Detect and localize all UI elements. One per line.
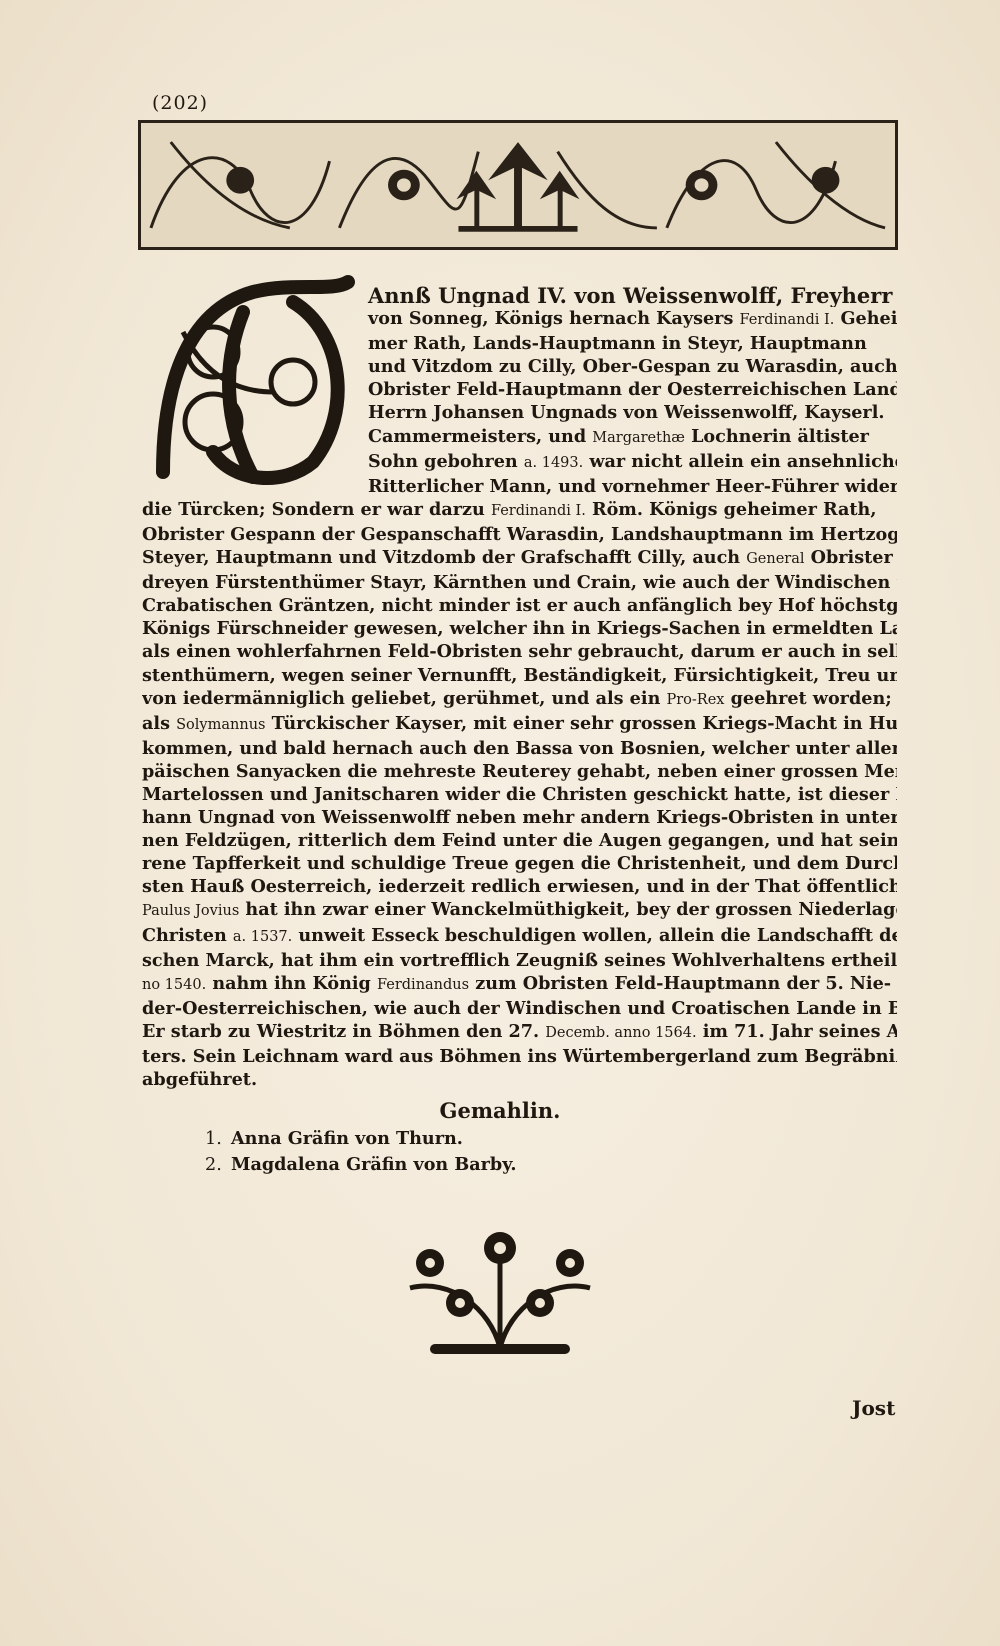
text-line: und Vitzdom zu Cilly, Ober-Gespan zu War… — [142, 355, 897, 378]
latin-text: Pro-Rex — [666, 692, 724, 708]
fraktur-text: nen Feldzügen, ritterlich dem Feind unte… — [142, 830, 897, 851]
biography-paragraph: Annß Ungnad IV. von Weissenwolff, Freyhe… — [142, 284, 897, 1091]
latin-text: General — [746, 551, 804, 567]
fraktur-text: abgeführet. — [142, 1069, 257, 1090]
fraktur-text: der-Oesterreichischen, wie auch der Wind… — [142, 998, 897, 1019]
catchword: Jost — [852, 1396, 895, 1420]
flower-bouquet-icon — [390, 1218, 610, 1358]
fraktur-text: im 71. Jahr seines Al- — [697, 1021, 897, 1042]
wife-name: Anna Gräfin von Thurn. — [231, 1128, 463, 1149]
text-line: die Türcken; Sondern er war darzu Ferdin… — [142, 498, 897, 523]
text-line: Steyer, Hauptmann und Vitzdomb der Grafs… — [142, 546, 897, 571]
text-line: der-Oesterreichischen, wie auch der Wind… — [142, 997, 897, 1020]
wife-number: 1. — [205, 1127, 231, 1152]
fraktur-text: hann Ungnad von Weissenwolff neben mehr … — [142, 807, 897, 828]
text-line: nen Feldzügen, ritterlich dem Feind unte… — [142, 829, 897, 852]
text-line: Königs Fürschneider gewesen, welcher ihn… — [142, 617, 897, 640]
fraktur-text: Steyer, Hauptmann und Vitzdomb der Grafs… — [142, 547, 746, 568]
text-line: sten Hauß Oesterreich, iederzeit redlich… — [142, 875, 897, 898]
fraktur-text: unweit Esseck beschuldigen wollen, allei… — [292, 925, 897, 946]
wife-name: Magdalena Gräfin von Barby. — [231, 1154, 517, 1175]
latin-text: Solymannus — [176, 717, 265, 733]
text-line: Annß Ungnad IV. von Weissenwolff, Freyhe… — [142, 284, 897, 307]
text-line: hann Ungnad von Weissenwolff neben mehr … — [142, 806, 897, 829]
latin-text: no 1540. — [142, 977, 206, 993]
wife-item: 2.Magdalena Gräfin von Barby. — [205, 1152, 517, 1178]
fraktur-text: Cammermeisters, und — [368, 426, 592, 447]
latin-text: Paulus Jovius — [142, 903, 239, 919]
fraktur-text: schen Marck, hat ihm ein vortrefflich Ze… — [142, 950, 897, 971]
fraktur-text: dreyen Fürstenthümer Stayr, Kärnthen und… — [142, 572, 897, 593]
fraktur-text: Obrister Feld-Hauptmann der Oesterreichi… — [368, 379, 897, 400]
text-line: Er starb zu Wiestritz in Böhmen den 27. … — [142, 1020, 897, 1045]
text-line: Crabatischen Gräntzen, nicht minder ist … — [142, 594, 897, 617]
fraktur-text: Röm. Königs geheimer Rath, — [586, 499, 877, 520]
fraktur-text: Er starb zu Wiestritz in Böhmen den 27. — [142, 1021, 545, 1042]
fraktur-text: zum Obristen Feld-Hauptmann der 5. Nie- — [469, 973, 891, 994]
text-line: ters. Sein Leichnam ward aus Böhmen ins … — [142, 1045, 897, 1068]
fraktur-text: päischen Sanyacken die mehreste Reuterey… — [142, 761, 897, 782]
text-line: Ritterlicher Mann, und vornehmer Heer-Fü… — [142, 475, 897, 498]
wives-list: 1.Anna Gräfin von Thurn. 2.Magdalena Grä… — [205, 1126, 517, 1178]
floral-ornament-icon — [141, 123, 895, 247]
fraktur-text: nahm ihn König — [206, 973, 377, 994]
fraktur-text: Türckischer Kayser, mit einer sehr gross… — [265, 713, 897, 734]
fraktur-text: ters. Sein Leichnam ward aus Böhmen ins … — [142, 1046, 897, 1067]
fraktur-text: von Sonneg, Königs hernach Kaysers — [368, 308, 739, 329]
fraktur-text: Gehei- — [834, 308, 897, 329]
text-line: Herrn Johansen Ungnads von Weissenwolff,… — [142, 401, 897, 424]
text-line: Obrister Feld-Hauptmann der Oesterreichi… — [142, 378, 897, 401]
text-line: schen Marck, hat ihm ein vortrefflich Ze… — [142, 949, 897, 972]
fraktur-text: mer Rath, Lands-Hauptmann in Steyr, Haup… — [368, 333, 867, 354]
fraktur-text: Obrister der — [805, 547, 897, 568]
fraktur-text: Herrn Johansen Ungnads von Weissenwolff,… — [368, 402, 885, 423]
text-line: abgeführet. — [142, 1068, 897, 1091]
tailpiece-ornament — [390, 1218, 610, 1358]
fraktur-text: Martelossen und Janitscharen wider die C… — [142, 784, 897, 805]
text-line: von iedermänniglich geliebet, gerühmet, … — [142, 687, 897, 712]
fraktur-text: geehret worden; Dann — [724, 688, 897, 709]
text-line: Sohn gebohren a. 1493. war nicht allein … — [142, 450, 897, 475]
text-line: Christen a. 1537. unweit Esseck beschuld… — [142, 924, 897, 949]
fraktur-text: Lochnerin ältister — [685, 426, 869, 447]
wife-item: 1.Anna Gräfin von Thurn. — [205, 1126, 517, 1152]
fraktur-text: hat ihn zwar einer Wanckelmüthigkeit, be… — [239, 899, 897, 920]
fraktur-text: und Vitzdom zu Cilly, Ober-Gespan zu War… — [368, 356, 897, 377]
headpiece-ornament — [138, 120, 898, 250]
fraktur-text: Königs Fürschneider gewesen, welcher ihn… — [142, 618, 897, 639]
text-line: als einen wohlerfahrnen Feld-Obristen se… — [142, 640, 897, 663]
wives-heading: Gemahlin. — [0, 1098, 1000, 1123]
text-line: als Solymannus Türckischer Kayser, mit e… — [142, 712, 897, 737]
fraktur-text: kommen, und bald hernach auch den Bassa … — [142, 738, 897, 759]
text-line: Paulus Jovius hat ihn zwar einer Wanckel… — [142, 898, 897, 923]
latin-text: a. 1493. — [524, 455, 583, 471]
fraktur-text: Obrister Gespann der Gespanschafft Waras… — [142, 524, 897, 545]
text-line: kommen, und bald hernach auch den Bassa … — [142, 737, 897, 760]
wife-number: 2. — [205, 1153, 231, 1178]
text-line: rene Tapfferkeit und schuldige Treue geg… — [142, 852, 897, 875]
page-number: (202) — [152, 92, 208, 114]
fraktur-text: stenthümern, wegen seiner Vernunfft, Bes… — [142, 665, 897, 686]
latin-text: Decemb. anno 1564. — [545, 1025, 696, 1041]
fraktur-text: als — [142, 713, 176, 734]
latin-text: Ferdinandus — [377, 977, 469, 993]
text-line: dreyen Fürstenthümer Stayr, Kärnthen und… — [142, 571, 897, 594]
text-line: Martelossen und Janitscharen wider die C… — [142, 783, 897, 806]
text-line: Cammermeisters, und Margarethæ Lochnerin… — [142, 425, 897, 450]
fraktur-text: Crabatischen Gräntzen, nicht minder ist … — [142, 595, 897, 616]
text-line: päischen Sanyacken die mehreste Reuterey… — [142, 760, 897, 783]
fraktur-text: als einen wohlerfahrnen Feld-Obristen se… — [142, 641, 897, 662]
fraktur-text: Annß Ungnad IV. von Weissenwolff, Freyhe… — [368, 284, 892, 307]
fraktur-text: Ritterlicher Mann, und vornehmer Heer-Fü… — [368, 476, 897, 497]
fraktur-text: Christen — [142, 925, 233, 946]
text-line: no 1540. nahm ihn König Ferdinandus zum … — [142, 972, 897, 997]
text-line: Obrister Gespann der Gespanschafft Waras… — [142, 523, 897, 546]
fraktur-text: von iedermänniglich geliebet, gerühmet, … — [142, 688, 666, 709]
latin-text: Ferdinandi I. — [491, 503, 586, 519]
text-line: von Sonneg, Königs hernach Kaysers Ferdi… — [142, 307, 897, 332]
text-line: mer Rath, Lands-Hauptmann in Steyr, Haup… — [142, 332, 897, 355]
book-page: (202) — [0, 0, 1000, 1646]
fraktur-text: Sohn gebohren — [368, 451, 524, 472]
latin-text: Ferdinandi I. — [739, 312, 834, 328]
fraktur-text: war nicht allein ein ansehnlicher — [583, 451, 897, 472]
fraktur-text: sten Hauß Oesterreich, iederzeit redlich… — [142, 876, 897, 897]
latin-text: a. 1537. — [233, 929, 292, 945]
fraktur-text: rene Tapfferkeit und schuldige Treue geg… — [142, 853, 897, 874]
fraktur-text: die Türcken; Sondern er war darzu — [142, 499, 491, 520]
text-line: stenthümern, wegen seiner Vernunfft, Bes… — [142, 664, 897, 687]
latin-text: Margarethæ — [592, 430, 685, 446]
